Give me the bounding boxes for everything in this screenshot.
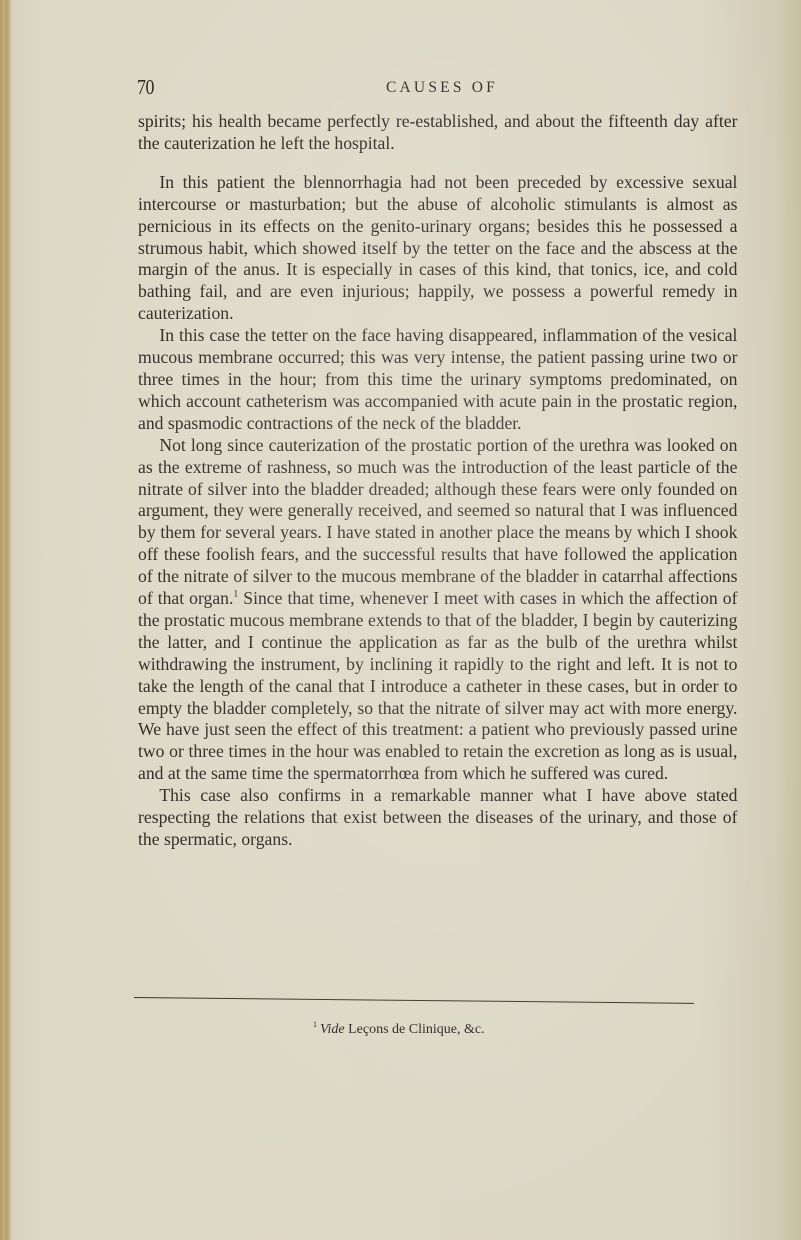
footnote-italic: Vide [320,1022,345,1037]
book-page: 70 CAUSES OF spirits; his health became … [0,0,801,1240]
page-number: 70 [137,75,154,100]
paragraph: Not long since cauterization of the pros… [138,435,737,786]
running-head: 70 CAUSES OF [138,75,738,105]
paragraph-text: Not long since cauterization of the pros… [138,435,737,608]
paragraph-text: Since that time, whenever I meet with ca… [138,588,737,783]
footnote-divider [134,997,694,1004]
footnote-mark: 1 [313,1020,317,1029]
paragraph-continued: spirits; his health became perfectly re-… [138,111,737,155]
body-text: spirits; his health became perfectly re-… [138,111,737,851]
running-title: CAUSES OF [386,79,498,97]
footnote: 1Vide Leçons de Clinique, &c. [313,1020,485,1038]
paragraph: In this patient the blennorrhagia had no… [138,172,737,325]
paragraph: This case also confirms in a remarkable … [138,785,737,851]
footnote-text: Leçons de Clinique, &c. [345,1022,485,1037]
paragraph: In this case the tetter on the face havi… [138,325,737,435]
